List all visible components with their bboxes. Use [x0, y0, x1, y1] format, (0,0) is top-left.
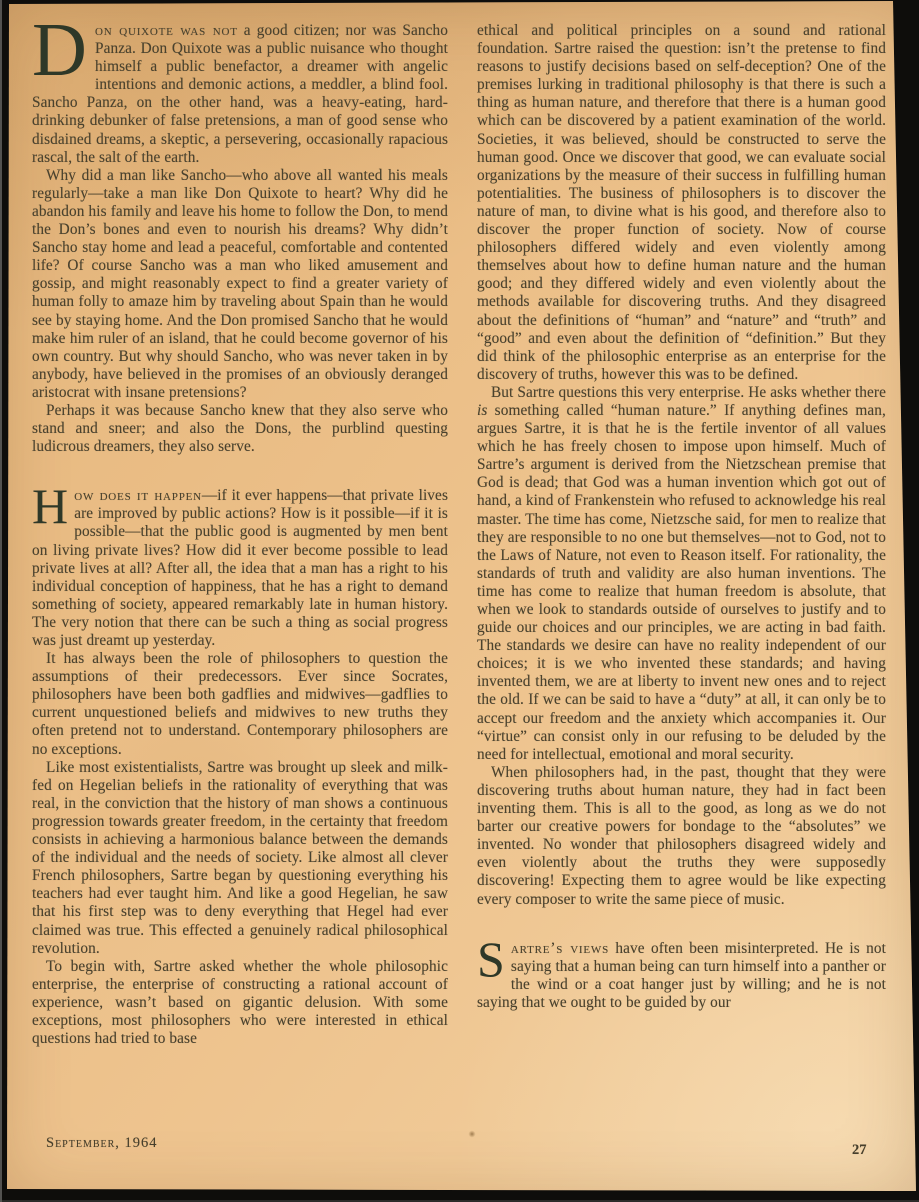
body-paragraph: But Sartre questions this very enterpris… — [477, 384, 886, 764]
small-caps-lead: ow does it happen — [74, 487, 202, 504]
body-paragraph: When philosophers had, in the past, thou… — [477, 764, 886, 909]
text-run: Why did a man like Sancho—who above all … — [32, 167, 448, 401]
italic-text-run: is — [477, 402, 487, 419]
small-caps-lead: on quixote was not — [95, 22, 238, 39]
left-text-column: Don quixote was not a good citizen; nor … — [32, 22, 448, 1048]
page-number: 27 — [852, 1142, 867, 1159]
scan-edge-left — [0, 0, 2, 1202]
body-paragraph: ethical and political principles on a so… — [477, 22, 886, 384]
text-run: But Sartre questions this very enterpris… — [491, 384, 886, 401]
body-paragraph: Like most existentialists, Sartre was br… — [32, 759, 448, 958]
drop-cap-letter: S — [477, 940, 511, 977]
body-paragraph: Perhaps it was because Sancho knew that … — [32, 402, 448, 456]
text-run: —if it ever happens—that private lives a… — [32, 487, 448, 649]
section-opening-paragraph: Don quixote was not a good citizen; nor … — [32, 22, 448, 167]
drop-cap-letter: H — [32, 487, 74, 524]
right-text-column: ethical and political principles on a so… — [477, 22, 886, 1012]
body-paragraph: To begin with, Sartre asked whether the … — [32, 958, 448, 1048]
text-run: something called “human nature.” If anyt… — [477, 402, 886, 763]
scanned-magazine-page-background: { "page": { "footer": { "left": "Septemb… — [0, 0, 919, 1202]
section-opening-paragraph: How does it happen—if it ever happens—th… — [32, 487, 448, 650]
text-run: When philosophers had, in the past, thou… — [477, 764, 886, 908]
issue-date-footer: September, 1964 — [46, 1135, 158, 1152]
text-run: It has always been the role of philosoph… — [32, 650, 448, 757]
text-run: Like most existentialists, Sartre was br… — [32, 759, 448, 957]
body-paragraph: It has always been the role of philosoph… — [32, 650, 448, 759]
text-run: ethical and political principles on a so… — [477, 22, 886, 383]
text-run: To begin with, Sartre asked whether the … — [32, 958, 448, 1047]
drop-cap-letter: D — [32, 22, 95, 77]
section-opening-paragraph: Sartre’s views have often been misinterp… — [477, 940, 886, 1012]
magazine-page: Don quixote was not a good citizen; nor … — [0, 0, 919, 1202]
text-run: a good citizen; nor was Sancho Panza. Do… — [32, 22, 448, 166]
small-caps-lead: artre’s views — [511, 940, 609, 957]
body-paragraph: Why did a man like Sancho—who above all … — [32, 167, 448, 402]
text-run: Perhaps it was because Sancho knew that … — [32, 402, 448, 455]
